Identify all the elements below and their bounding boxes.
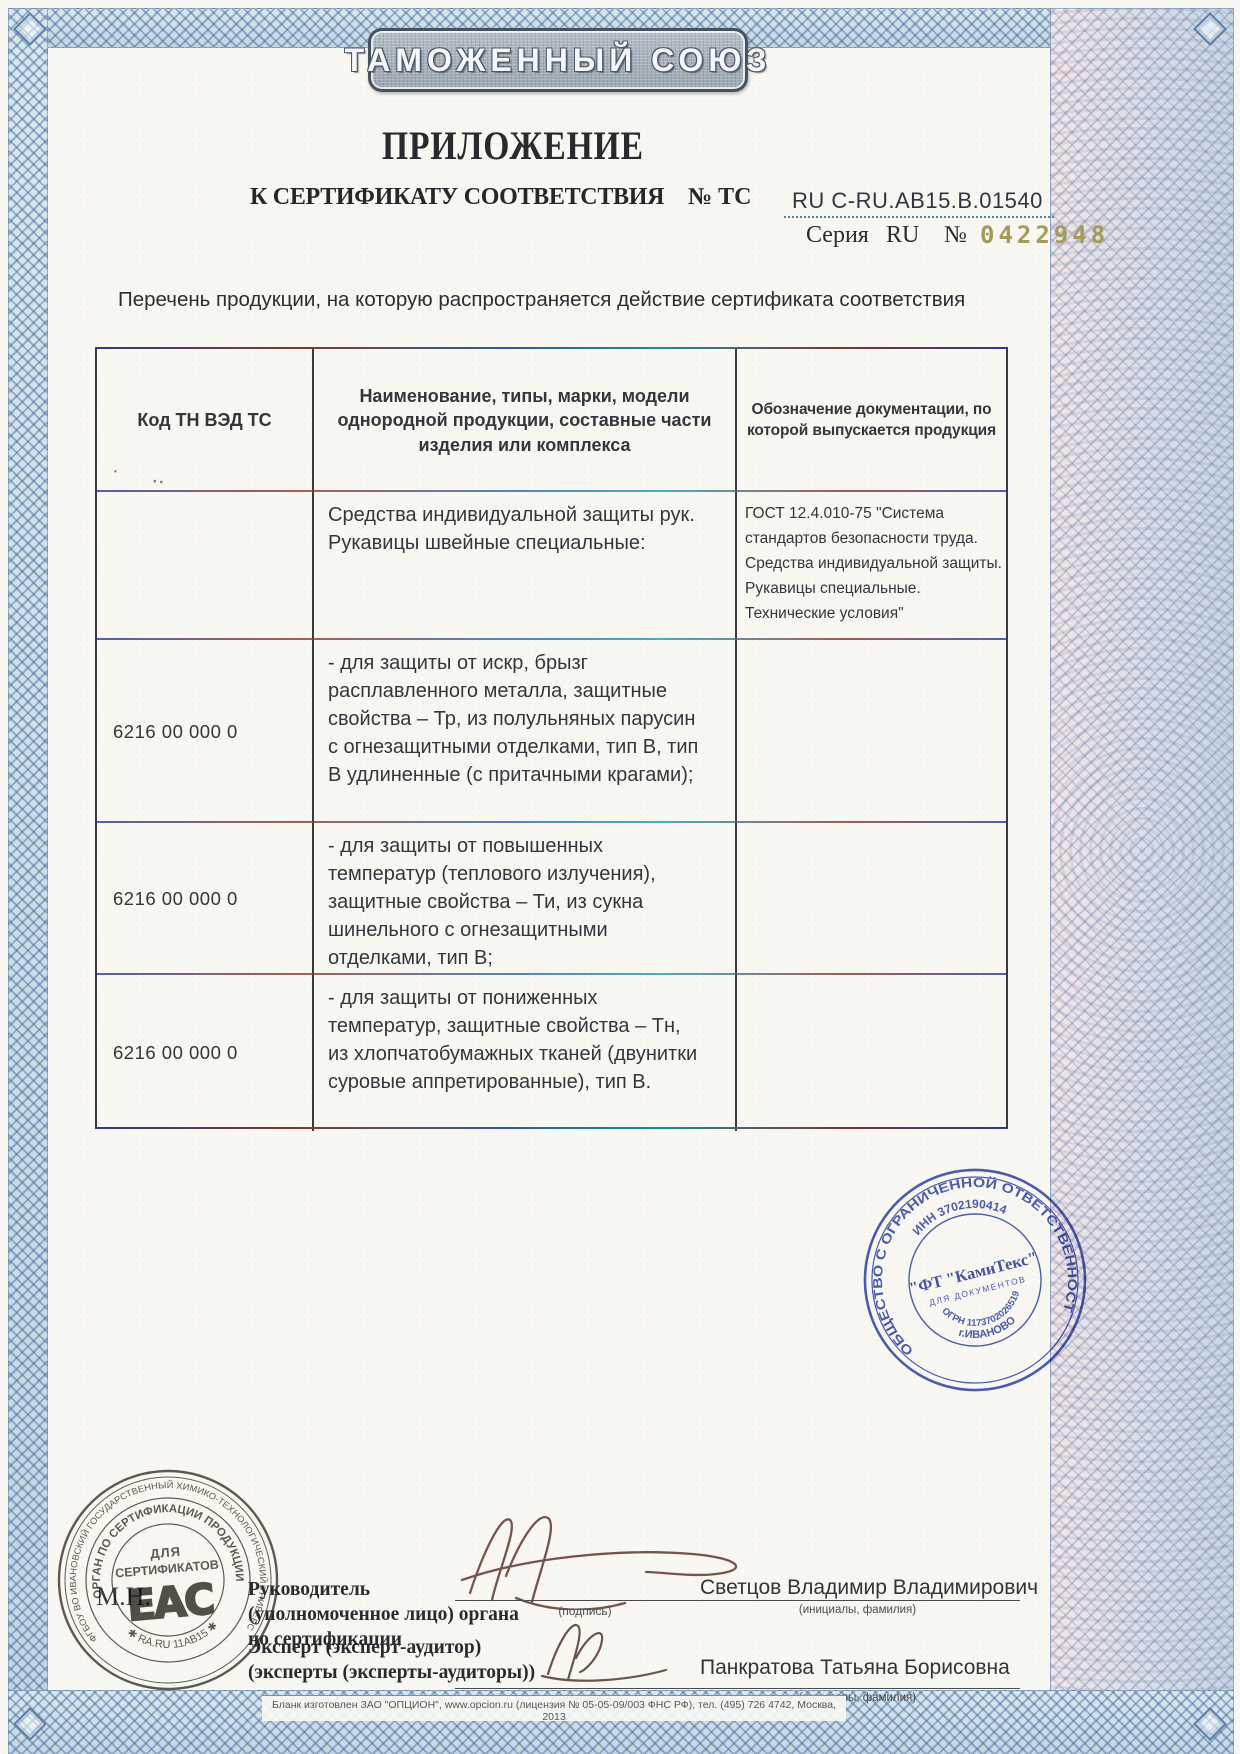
product-table: Код ТН ВЭД ТС Наименование, типы, марки,…	[95, 347, 1008, 1129]
table-header-doc: Обозначение документации, по которой вып…	[737, 349, 1006, 492]
banner-text: ТАМОЖЕННЫЙ СОЮЗ	[345, 42, 772, 79]
eac-logo: ЕАС	[125, 1574, 215, 1630]
doc-cell	[737, 823, 1006, 975]
doc-cell: ГОСТ 12.4.010-75 "Система стандартов без…	[737, 492, 1006, 640]
product-name-cell: - для защиты от пониженных температур, з…	[314, 975, 737, 1131]
tnved-code-cell: 6216 00 000 0	[97, 823, 314, 975]
name-line	[695, 1600, 1020, 1601]
page-title: ПРИЛОЖЕНИЕ	[382, 122, 644, 169]
name-line	[695, 1688, 1020, 1689]
table-header-code: Код ТН ВЭД ТС	[97, 349, 314, 492]
role-expert-line1: Эксперт (эксперт-аудитор)	[248, 1636, 548, 1661]
product-name-cell: - для защиты от искр, брызг расплавленно…	[314, 640, 737, 823]
border-right	[1050, 8, 1234, 1692]
head-name: Светцов Владимир Владимирович	[700, 1576, 1038, 1600]
table-rule	[95, 347, 1008, 349]
certificate-page: ТАМОЖЕННЫЙ СОЮЗ ПРИЛОЖЕНИЕ К СЕРТИФИКАТУ…	[0, 0, 1240, 1754]
series-label: Серия	[806, 222, 869, 249]
series-number: 0422948	[980, 221, 1109, 249]
doc-cell	[737, 640, 1006, 823]
name-caption: (инициалы, фамилия)	[695, 1604, 1020, 1616]
signature-line	[455, 1688, 715, 1689]
product-name-cell: - для защиты от повышенных температур (т…	[314, 823, 737, 975]
product-name-cell: Средства индивидуальной защиты рук. Рука…	[314, 492, 737, 640]
tnved-code-cell: 6216 00 000 0	[97, 975, 314, 1131]
tnved-code-cell: 6216 00 000 0	[97, 640, 314, 823]
table-rule	[95, 973, 1008, 975]
customs-union-banner: ТАМОЖЕННЫЙ СОЮЗ	[368, 28, 748, 92]
table-rule	[95, 1127, 1008, 1129]
expert-name: Панкратова Татьяна Борисовна	[700, 1656, 1010, 1680]
blank-imprint: Бланк изготовлен ЗАО "ОПЦИОН", www.opcio…	[262, 1695, 846, 1721]
role-expert-line2: (эксперты (эксперты-аудиторы))	[248, 1661, 548, 1686]
series-region: RU	[886, 222, 919, 249]
certificate-number-underline	[784, 214, 1054, 218]
certificate-number: RU C-RU.AB15.B.01540	[792, 188, 1043, 214]
doc-cell	[737, 975, 1006, 1131]
border-left	[8, 8, 48, 1692]
signature-line	[455, 1600, 715, 1601]
product-list-intro: Перечень продукции, на которую распростр…	[118, 288, 965, 312]
table-rule	[95, 638, 1008, 640]
tnved-code-cell	[97, 492, 314, 640]
stamp-center-line1: ДЛЯ	[150, 1544, 182, 1562]
table-rule	[95, 821, 1008, 823]
role-expert: Эксперт (эксперт-аудитор) (эксперты (экс…	[248, 1636, 548, 1686]
certificate-number-prefix: № ТС	[688, 184, 751, 211]
certificate-subtitle: К СЕРТИФИКАТУ СООТВЕТСТВИЯ	[250, 184, 664, 211]
table-rule	[95, 490, 1008, 492]
table-header-name: Наименование, типы, марки, модели одноро…	[314, 349, 737, 492]
series-number-sign: №	[944, 222, 967, 249]
signature-2	[528, 1612, 678, 1692]
